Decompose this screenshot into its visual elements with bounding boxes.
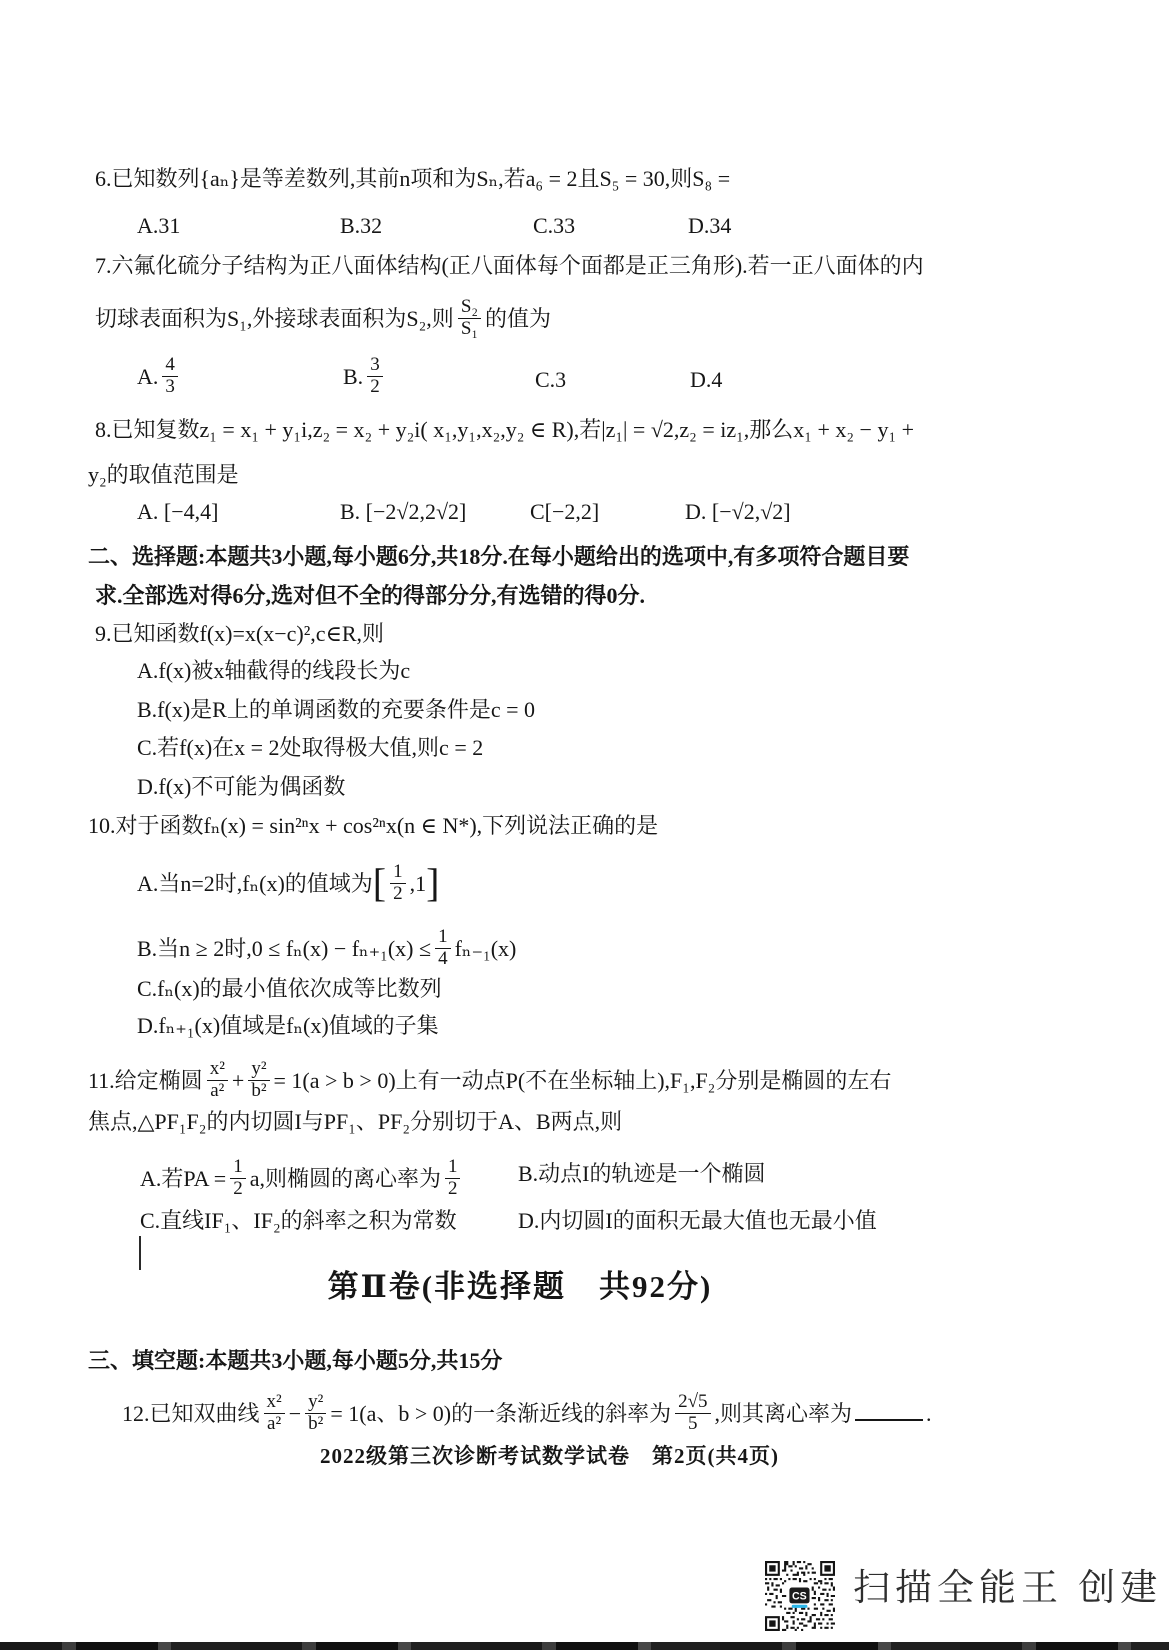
fraction-numerator: 2√5: [675, 1392, 710, 1413]
question-9-stem: 9.已知函数f(x)=x(x−c)²,c∈R,则: [95, 620, 384, 647]
scan-edge-artifact: [0, 1642, 1169, 1650]
part-2-title: 第Ⅱ卷(非选择题 共92分): [0, 1273, 1040, 1300]
question-8-option-b: B. [−2√2,2√2]: [340, 498, 466, 525]
option-a-tail: ,1: [410, 871, 427, 896]
fraction-denominator: 3: [162, 376, 178, 398]
question-9-option-a: A.f(x)被x轴截得的线段长为c: [137, 657, 410, 684]
right-bracket: ]: [426, 869, 439, 896]
fraction-numerator: x²: [264, 1392, 285, 1413]
fraction-numerator: 1: [435, 927, 451, 948]
fraction-x2-a2: x²a²: [207, 1059, 228, 1101]
fraction-1-2: 12: [445, 1157, 461, 1199]
fraction-numerator: y²: [305, 1392, 326, 1413]
fraction-denominator: b²: [248, 1080, 269, 1102]
fraction-denominator: 2: [367, 376, 383, 398]
fraction-numerator: 1: [390, 862, 406, 883]
question-10-option-b: B.当n ≥ 2时,0 ≤ fₙ(x) − fₙ₊₁(x) ≤14fₙ₋₁(x): [137, 930, 516, 972]
fraction-1-2: 12: [390, 862, 406, 904]
question-7-option-c: C.3: [535, 366, 566, 393]
fraction-y2-b2: y²b²: [305, 1392, 326, 1434]
fraction-numerator: 1: [445, 1157, 461, 1178]
fraction-denominator: 2: [445, 1178, 461, 1200]
exam-page: 6.已知数列{aₙ}是等差数列,其前n项和为Sₙ,若a₆ = 2且S₅ = 30…: [0, 0, 1169, 1650]
fraction-numerator: x²: [207, 1059, 228, 1080]
fraction-numerator: 3: [367, 355, 383, 376]
fraction-y2-b2: y²b²: [248, 1059, 269, 1101]
question-8-option-a: A. [−4,4]: [137, 498, 218, 525]
question-11-line2: 焦点,△PF₁F₂的内切圆I与PF₁、PF₂分别切于A、B两点,则: [88, 1108, 622, 1135]
fraction-denominator: a²: [207, 1080, 228, 1102]
question-6-option-b: B.32: [340, 212, 382, 239]
question-12-pre: 12.已知双曲线: [122, 1401, 260, 1426]
fraction-denominator: a²: [264, 1413, 285, 1435]
page-footer: 2022级第三次诊断考试数学试卷 第2页(共4页): [320, 1443, 779, 1470]
fraction-1-2: 12: [230, 1157, 246, 1199]
question-6-option-c: C.33: [533, 212, 575, 239]
question-12-period: .: [926, 1401, 932, 1426]
question-6-stem: 6.已知数列{aₙ}是等差数列,其前n项和为Sₙ,若a₆ = 2且S₅ = 30…: [95, 165, 730, 192]
question-10-option-d: D.fₙ₊₁(x)值域是fₙ(x)值域的子集: [137, 1012, 439, 1039]
option-b-tail: fₙ₋₁(x): [455, 936, 517, 961]
fraction-denominator: 2: [230, 1178, 246, 1200]
fraction-denominator: S₁: [458, 318, 481, 340]
question-11-option-b: B.动点I的轨迹是一个椭圆: [518, 1160, 766, 1187]
option-a-text: A.当n=2时,fₙ(x)的值域为: [137, 871, 373, 896]
qr-code-icon: CS: [765, 1561, 835, 1631]
option-b-label: B.: [343, 364, 363, 389]
question-11-line1: 11.给定椭圆x²a²+y²b²= 1(a > b > 0)上有一动点P(不在坐…: [88, 1062, 891, 1104]
fraction-numerator: 4: [162, 355, 178, 376]
question-8-line2: y₂的取值范围是: [88, 461, 239, 488]
question-7-line2-pre: 切球表面积为S₁,外接球表面积为S₂,则: [95, 306, 454, 331]
question-10-stem: 10.对于函数fₙ(x) = sin²ⁿx + cos²ⁿx(n ∈ N*),下…: [88, 812, 658, 839]
question-6-option-a: A.31: [137, 212, 180, 239]
question-7-option-d: D.4: [690, 366, 722, 393]
fraction-numerator: y²: [248, 1059, 269, 1080]
qr-logo-swoosh: [792, 1605, 808, 1608]
question-11-option-c: C.直线IF₁、IF₂的斜率之积为常数: [140, 1207, 457, 1234]
fraction-x2-a2: x²a²: [264, 1392, 285, 1434]
scan-artifact-line: [139, 1236, 141, 1270]
left-bracket: [: [373, 869, 386, 896]
question-7-line2-post: 的值为: [485, 306, 551, 331]
question-11-option-a: A.若PA =12a,则椭圆的离心率为12: [140, 1160, 464, 1202]
watermark-text: 扫描全能王 创建: [853, 1574, 1162, 1601]
fraction-denominator: b²: [305, 1413, 326, 1435]
fraction-denominator: 5: [675, 1413, 710, 1435]
question-12-mid: = 1(a、b > 0)的一条渐近线的斜率为: [330, 1401, 671, 1426]
question-8-option-d: D. [−√2,√2]: [685, 498, 791, 525]
fraction-numerator: 1: [230, 1157, 246, 1178]
option-a-text: A.若PA =: [140, 1166, 226, 1191]
question-8-line1: 8.已知复数z₁ = x₁ + y₁i,z₂ = x₂ + y₂i( x₁,y₁…: [95, 416, 914, 443]
question-6-option-d: D.34: [688, 212, 731, 239]
fraction-denominator: 2: [390, 883, 406, 905]
answer-blank: [855, 1397, 923, 1421]
fraction-s2-s1: S₂S₁: [458, 297, 481, 339]
section-2-header-line2: 求.全部选对得6分,选对但不全的得部分分,有选错的得0分.: [95, 582, 645, 609]
minus-sign: −: [289, 1401, 301, 1426]
question-7-option-a: A.43: [137, 358, 182, 400]
question-11-option-d: D.内切圆I的面积无最大值也无最小值: [518, 1207, 877, 1234]
option-a-mid: a,则椭圆的离心率为: [250, 1166, 441, 1191]
fraction-numerator: S₂: [458, 297, 481, 318]
fraction-3-2: 32: [367, 355, 383, 397]
question-11-line1-pre: 11.给定椭圆: [88, 1068, 203, 1093]
question-8-option-c: C[−2,2]: [530, 498, 599, 525]
question-10-option-a: A.当n=2时,fₙ(x)的值域为[12,1]: [137, 865, 439, 907]
fraction-4-3: 43: [162, 355, 178, 397]
question-9-option-c: C.若f(x)在x = 2处取得极大值,则c = 2: [137, 734, 483, 761]
question-7-line2: 切球表面积为S₁,外接球表面积为S₂,则S₂S₁的值为: [95, 300, 551, 342]
section-2-header-line1: 二、选择题:本题共3小题,每小题6分,共18分.在每小题给出的选项中,有多项符合…: [88, 543, 909, 570]
question-9-option-b: B.f(x)是R上的单调函数的充要条件是c = 0: [137, 696, 535, 723]
question-11-line1-post: = 1(a > b > 0)上有一动点P(不在坐标轴上),F₁,F₂分别是椭圆的…: [274, 1068, 892, 1093]
question-7-line1: 7.六氟化硫分子结构为正八面体结构(正八面体每个面都是正三角形).若一正八面体的…: [95, 252, 924, 279]
section-3-header: 三、填空题:本题共3小题,每小题5分,共15分: [88, 1347, 502, 1374]
option-b-text: B.当n ≥ 2时,0 ≤ fₙ(x) − fₙ₊₁(x) ≤: [137, 936, 431, 961]
fraction-denominator: 4: [435, 948, 451, 970]
fraction-1-4: 14: [435, 927, 451, 969]
qr-logo-label: CS: [792, 1591, 807, 1603]
question-12-post: ,则其离心率为: [715, 1401, 853, 1426]
question-10-option-c: C.fₙ(x)的最小值依次成等比数列: [137, 975, 442, 1002]
option-a-label: A.: [137, 364, 158, 389]
question-7-option-b: B.32: [343, 358, 387, 400]
plus-sign: +: [232, 1068, 244, 1093]
question-12: 12.已知双曲线x²a²−y²b²= 1(a、b > 0)的一条渐近线的斜率为2…: [122, 1395, 932, 1437]
question-9-option-d: D.f(x)不可能为偶函数: [137, 773, 345, 800]
fraction-2sqrt5-5: 2√55: [675, 1392, 710, 1434]
